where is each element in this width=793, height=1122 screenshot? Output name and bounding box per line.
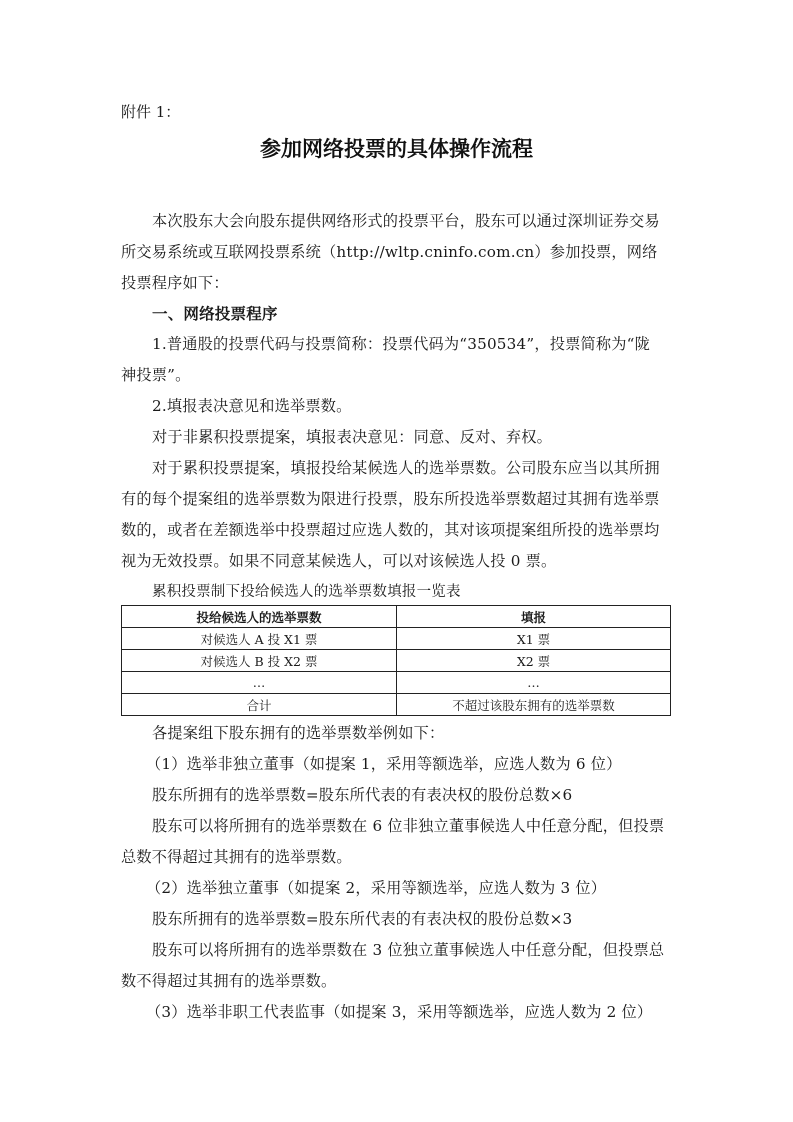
table-header-row: 投给候选人的选举票数 填报 — [122, 606, 671, 628]
table-cell: X1 票 — [397, 628, 671, 650]
example2-heading: （2）选举独立董事（如提案 2，采用等额选举，应选人数为 3 位） — [146, 877, 606, 898]
table-cell: 对候选人 B 投 X2 票 — [122, 650, 397, 672]
table-cell: … — [397, 672, 671, 694]
intro-line-3: 投票程序如下： — [121, 272, 229, 293]
item1-line-2: 神投票”。 — [121, 364, 191, 385]
examples-intro: 各提案组下股东拥有的选举票数举例如下： — [152, 722, 444, 743]
cumulative-line-3: 数的，或者在差额选举中投票超过应选人数的，其对该项提案组所投的选举票均 — [121, 519, 660, 540]
intro-line-2: 所交易系统或互联网投票系统（http://wltp.cninfo.com.cn）… — [121, 241, 658, 262]
table-cell: 合计 — [122, 694, 397, 716]
table-header-fill: 填报 — [397, 606, 671, 628]
table-caption: 累积投票制下投给候选人的选举票数填报一览表 — [152, 580, 461, 601]
cumulative-line-4: 视为无效投票。如果不同意某候选人，可以对该候选人投 0 票。 — [121, 550, 556, 571]
attachment-label: 附件 1： — [121, 101, 180, 122]
cumulative-line-2: 有的每个提案组的选举票数为限进行投票，股东所投选举票数超过其拥有选举票 — [121, 488, 660, 509]
example1-formula: 股东所拥有的选举票数=股东所代表的有表决权的股份总数×6 — [152, 784, 572, 805]
non-cumulative-note: 对于非累积投票提案，填报表决意见：同意、反对、弃权。 — [152, 426, 552, 447]
table-cell: … — [122, 672, 397, 694]
cumulative-vote-table: 投给候选人的选举票数 填报 对候选人 A 投 X1 票 X1 票 对候选人 B … — [121, 605, 671, 716]
example2-note-line-1: 股东可以将所拥有的选举票数在 3 位独立董事候选人中任意分配，但投票总 — [152, 939, 664, 960]
item2: 2.填报表决意见和选举票数。 — [152, 395, 352, 416]
table-row-total: 合计 不超过该股东拥有的选举票数 — [122, 694, 671, 716]
table-cell: 不超过该股东拥有的选举票数 — [397, 694, 671, 716]
example1-note-line-2: 总数不得超过其拥有的选举票数。 — [121, 846, 352, 867]
item1-line-1: 1.普通股的投票代码与投票简称：投票代码为“350534”，投票简称为“陇 — [152, 333, 650, 354]
example1-heading: （1）选举非独立董事（如提案 1，采用等额选举，应选人数为 6 位） — [146, 753, 622, 774]
table-cell: X2 票 — [397, 650, 671, 672]
section-heading-voting-procedure: 一、网络投票程序 — [152, 302, 278, 324]
example2-note-line-2: 数不得超过其拥有的选举票数。 — [121, 970, 336, 991]
table-row: 对候选人 B 投 X2 票 X2 票 — [122, 650, 671, 672]
table-header-votes: 投给候选人的选举票数 — [122, 606, 397, 628]
table-row: 对候选人 A 投 X1 票 X1 票 — [122, 628, 671, 650]
example2-formula: 股东所拥有的选举票数=股东所代表的有表决权的股份总数×3 — [152, 908, 572, 929]
cumulative-line-1: 对于累积投票提案，填报投给某候选人的选举票数。公司股东应当以其所拥 — [152, 457, 660, 478]
table-row: … … — [122, 672, 671, 694]
example3-heading: （3）选举非职工代表监事（如提案 3，采用等额选举，应选人数为 2 位） — [146, 1001, 652, 1022]
document-title: 参加网络投票的具体操作流程 — [0, 133, 793, 163]
intro-line-1: 本次股东大会向股东提供网络形式的投票平台，股东可以通过深圳证券交易 — [152, 210, 660, 231]
table-cell: 对候选人 A 投 X1 票 — [122, 628, 397, 650]
example1-note-line-1: 股东可以将所拥有的选举票数在 6 位非独立董事候选人中任意分配，但投票 — [152, 815, 664, 836]
